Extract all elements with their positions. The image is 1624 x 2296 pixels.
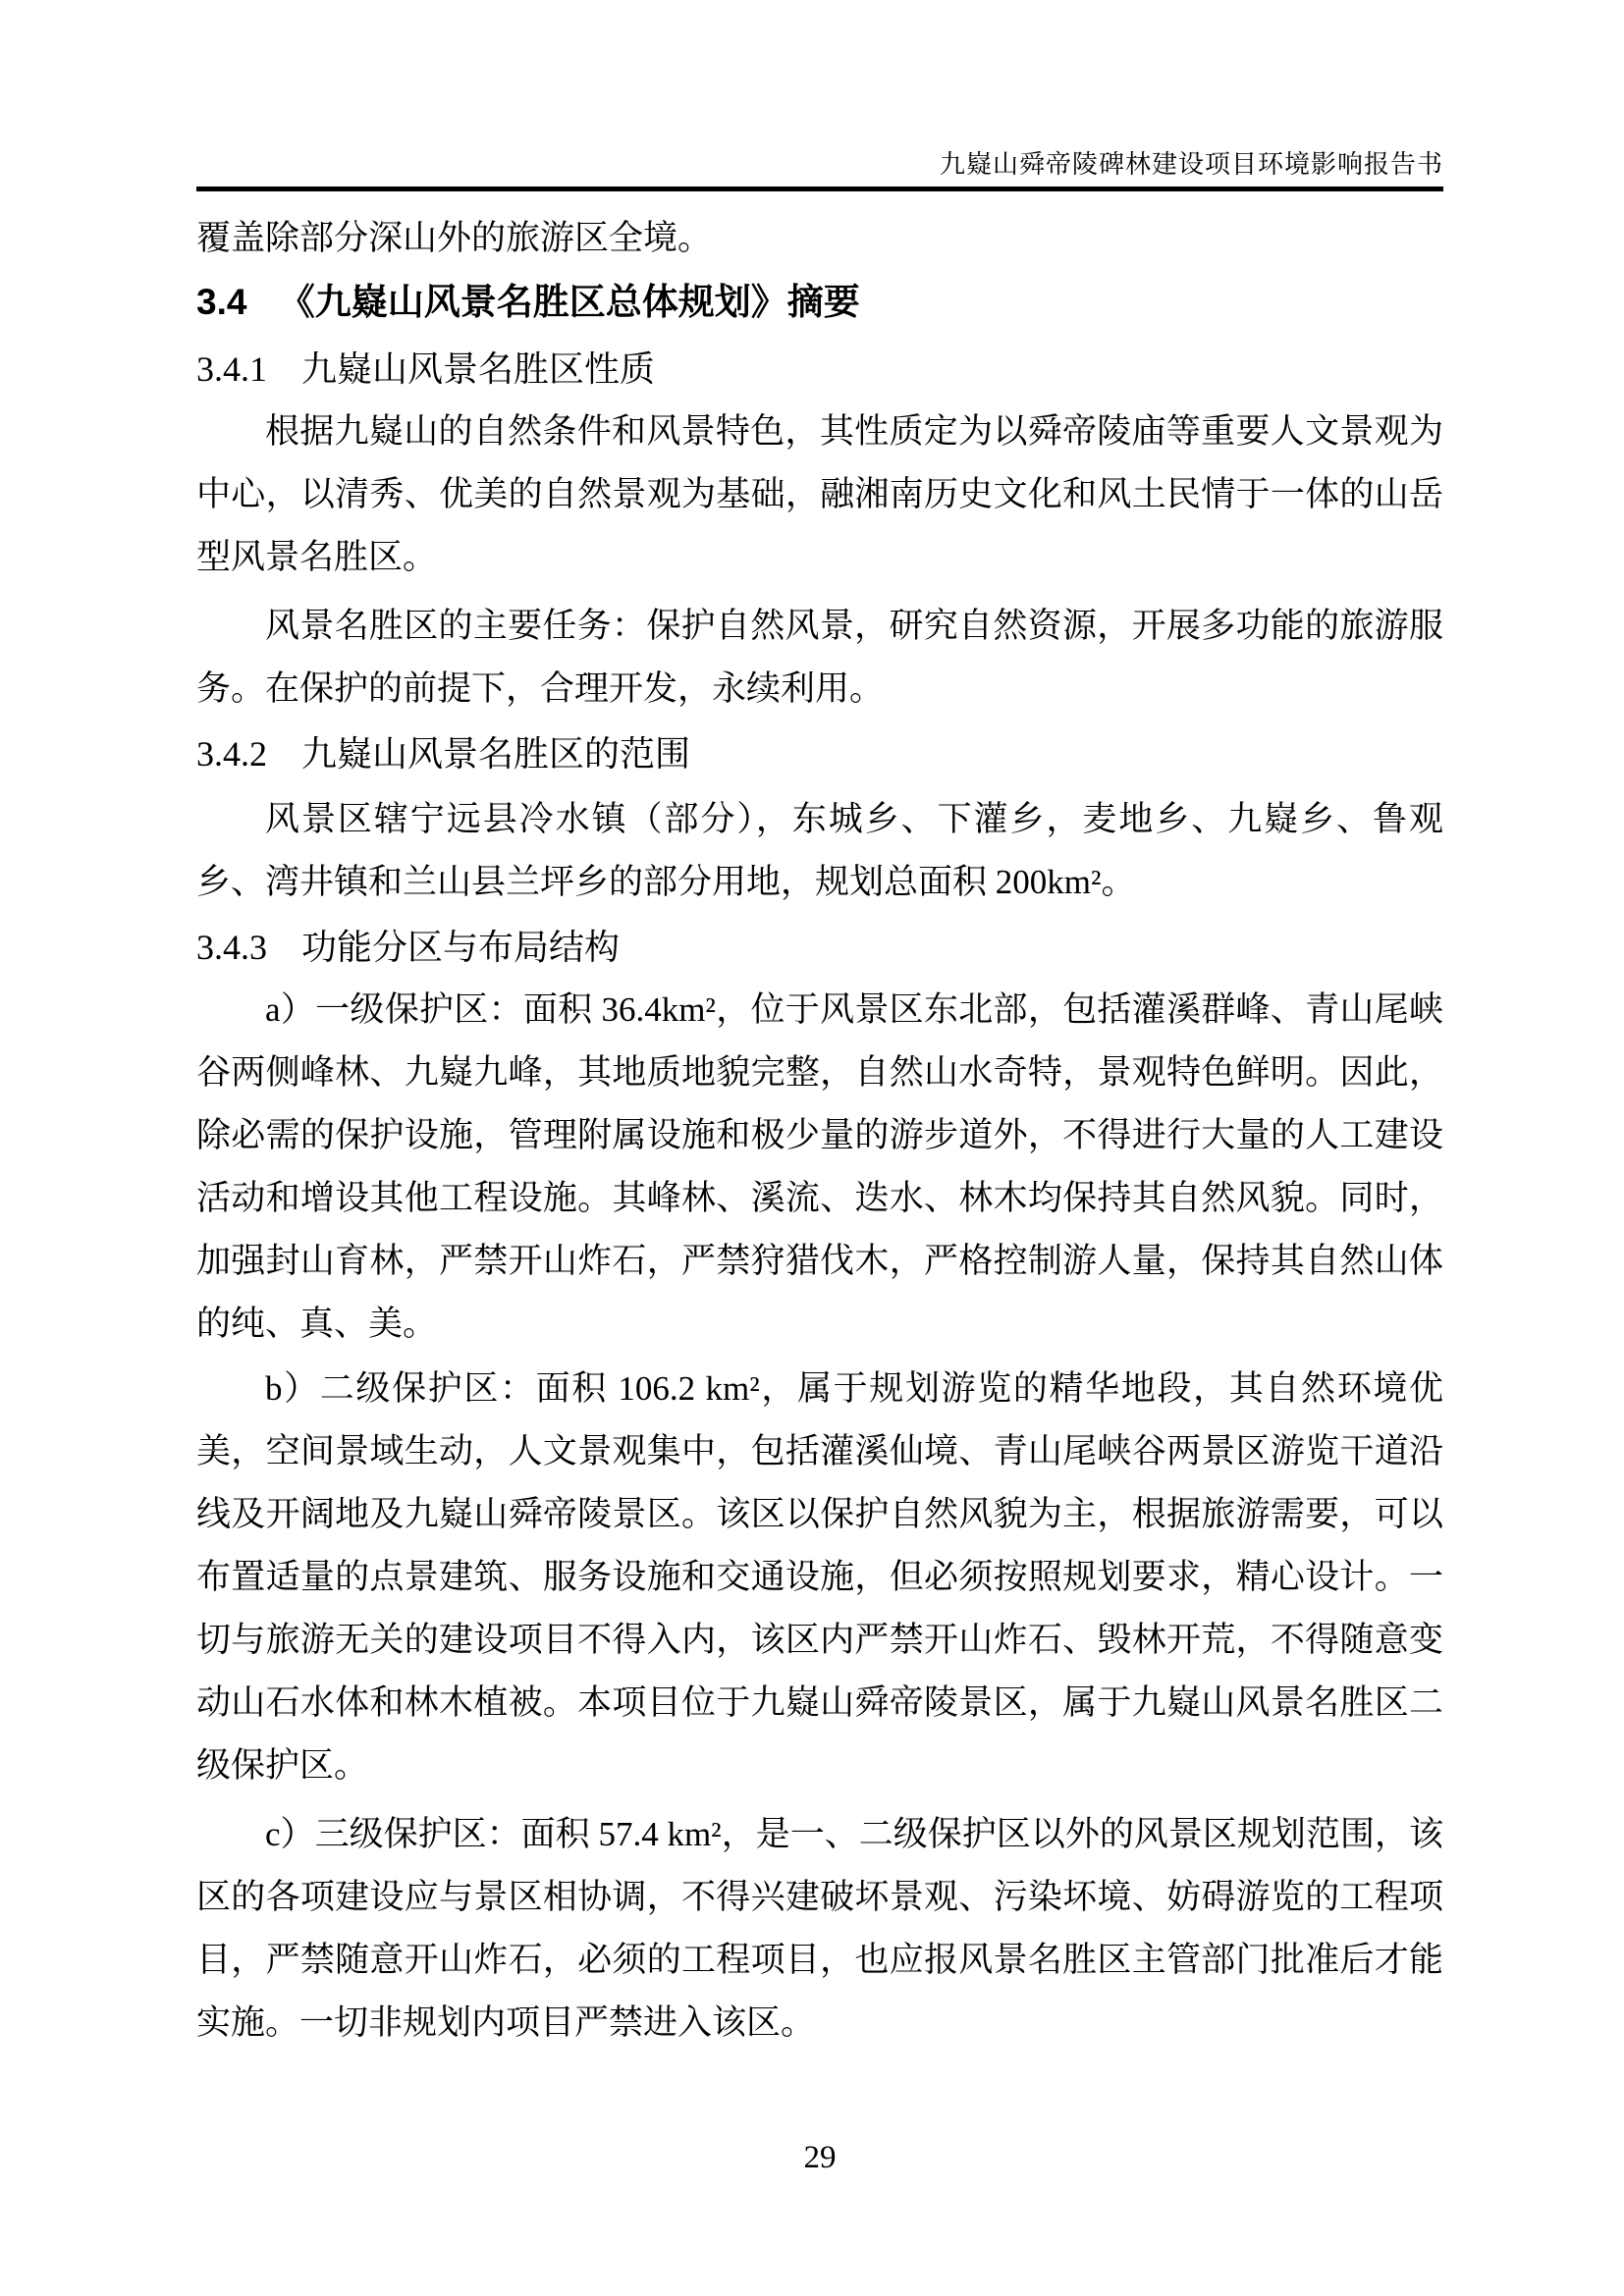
- header-title: 九嶷山舜帝陵碑林建设项目环境影响报告书: [196, 149, 1443, 181]
- heading-3-4-1-number: 3.4.1: [196, 349, 267, 389]
- paragraph-intro: 覆盖除部分深山外的旅游区全境。: [196, 207, 1443, 270]
- page-column: 九嶷山舜帝陵碑林建设项目环境影响报告书 覆盖除部分深山外的旅游区全境。 3.4 …: [0, 149, 1624, 2055]
- paragraph-zone-a: a）一级保护区：面积 36.4km²，位于风景区东北部，包括灌溪群峰、青山尾峡谷…: [196, 979, 1443, 1356]
- page-footer: 29: [196, 2138, 1443, 2177]
- document-page: 九嶷山舜帝陵碑林建设项目环境影响报告书 覆盖除部分深山外的旅游区全境。 3.4 …: [0, 0, 1624, 2296]
- heading-3-4-2-title: 九嶷山风景名胜区的范围: [301, 734, 690, 774]
- heading-3-4-2-number: 3.4.2: [196, 734, 267, 774]
- heading-3-4-1: 3.4.1 九嶷山风景名胜区性质: [196, 338, 1443, 400]
- heading-3-4-3-title: 功能分区与布局结构: [301, 928, 620, 967]
- heading-3-4: 3.4 《九嶷山风景名胜区总体规划》摘要: [196, 271, 1443, 334]
- header-rule: [196, 187, 1443, 191]
- heading-3-4-1-title: 九嶷山风景名胜区性质: [301, 349, 655, 389]
- heading-3-4-number: 3.4: [196, 282, 246, 322]
- heading-3-4-3-number: 3.4.3: [196, 928, 267, 967]
- page-number: 29: [804, 2140, 837, 2175]
- paragraph-zone-c: c）三级保护区：面积 57.4 km²，是一、二级保护区以外的风景区规划范围，该…: [196, 1803, 1443, 2055]
- paragraph-nature: 根据九嶷山的自然条件和风景特色，其性质定为以舜帝陵庙等重要人文景观为中心，以清秀…: [196, 400, 1443, 589]
- heading-3-4-3: 3.4.3 功能分区与布局结构: [196, 916, 1443, 979]
- paragraph-zone-b: b）二级保护区：面积 106.2 km²，属于规划游览的精华地段，其自然环境优美…: [196, 1358, 1443, 1797]
- heading-3-4-title: 《九嶷山风景名胜区总体规划》摘要: [279, 282, 860, 322]
- paragraph-tasks: 风景名胜区的主要任务：保护自然风景，研究自然资源，开展多功能的旅游服务。在保护的…: [196, 595, 1443, 721]
- paragraph-scope: 风景区辖宁远县冷水镇（部分），东城乡、下灌乡，麦地乡、九嶷乡、鲁观乡、湾井镇和兰…: [196, 788, 1443, 914]
- heading-3-4-2: 3.4.2 九嶷山风景名胜区的范围: [196, 722, 1443, 785]
